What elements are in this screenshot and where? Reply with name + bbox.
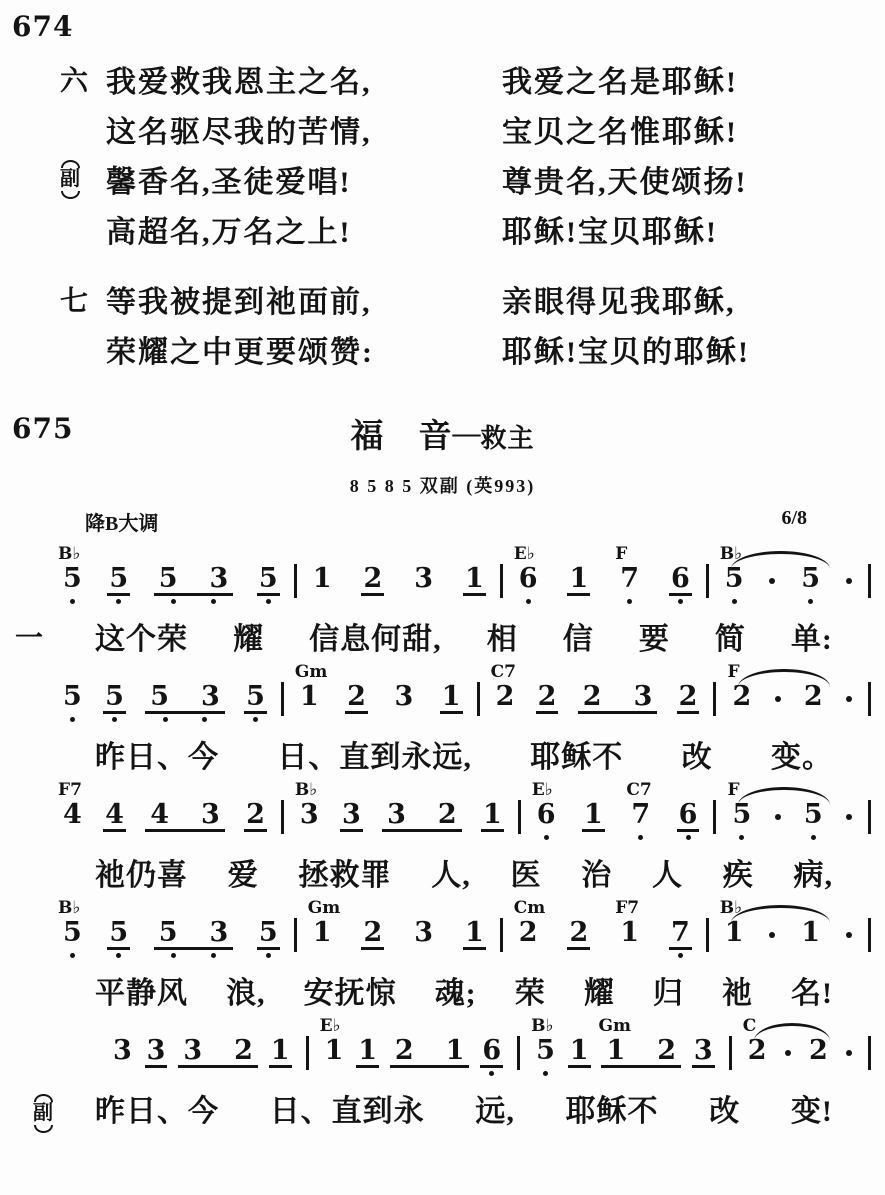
note-octave-dot-slot	[567, 950, 590, 960]
chord-label: B♭	[295, 782, 317, 799]
note: 3	[392, 684, 415, 724]
note-digit: 2	[436, 802, 459, 828]
lyric-token: 疾	[723, 850, 754, 894]
barline	[281, 800, 284, 834]
augmentation-dot-icon	[775, 814, 781, 820]
lyric-token: 单:	[791, 614, 833, 658]
octave-dot-icon	[808, 599, 813, 604]
octave-dot-icon	[211, 953, 216, 958]
note-digit: 1	[323, 1038, 346, 1064]
barline	[706, 918, 709, 952]
measure: B♭51Gm123	[528, 1038, 721, 1078]
lyric-token: 耀	[584, 968, 615, 1012]
chord-label: C7	[491, 664, 516, 681]
verse-line-right: 耶稣!宝贝的耶稣!	[502, 327, 750, 371]
time-signature: 6/8	[781, 507, 807, 536]
chord-label: E♭	[320, 1018, 341, 1035]
octave-dot-icon	[678, 953, 683, 958]
music-systems: B♭555351231E♭61F76B♭55一这个荣耀信息何甜,相信要简单:55…	[0, 562, 885, 1126]
note-digit: 1	[298, 684, 321, 710]
barline	[868, 682, 871, 716]
barline	[500, 564, 503, 598]
barline	[517, 1036, 520, 1070]
note-digit: 5	[802, 802, 825, 828]
verse-marker: 副	[60, 160, 106, 199]
note-octave-dot-slot	[257, 596, 280, 606]
note-digit: 2	[517, 920, 540, 946]
lyric-token: 改	[709, 1086, 740, 1130]
note-octave-dot-slot	[494, 714, 517, 724]
note-octave-dot-slot	[723, 950, 746, 960]
note-digit: 2	[802, 684, 825, 710]
note: 2	[244, 802, 267, 842]
note-digit: 1	[604, 1038, 627, 1064]
measure: E♭61F76	[511, 566, 698, 606]
note: 4	[103, 802, 126, 842]
note: F7	[618, 566, 641, 606]
note-octave-dot-slot	[730, 832, 753, 842]
note-digit: 2	[655, 1038, 678, 1064]
chord-label: F7	[615, 900, 639, 917]
note-octave-dot-slot	[582, 832, 605, 842]
chorus-marker-label: 副	[60, 169, 80, 190]
note-digit: 2	[232, 1038, 255, 1064]
octave-dot-icon	[171, 953, 176, 958]
note-digit: 1	[356, 1038, 379, 1064]
hymn-title: 福 音—救主	[0, 410, 885, 457]
note-digit: 2	[345, 684, 368, 710]
note: Gm1	[298, 684, 321, 724]
staff-row: B♭55535Gm1231Cm22F717B♭11	[0, 916, 885, 960]
beam-digits: 21	[390, 1038, 470, 1064]
octave-dot-icon	[266, 953, 271, 958]
measure: F744432	[55, 802, 273, 842]
lyric-token: 人,	[431, 850, 471, 894]
lyric-token: 这个荣	[95, 614, 188, 658]
verse-line-left: 这名驱尽我的苦情,	[106, 107, 502, 151]
note-octave-dot-slot	[568, 1068, 591, 1078]
note-octave-dot-slot	[669, 596, 692, 606]
verse-marker: 七	[60, 279, 106, 319]
note-octave-dot-slot	[412, 596, 435, 606]
beam-digits: 23	[578, 684, 658, 710]
lyric-token: 日、直到永远,	[277, 732, 472, 776]
chord-label: B♭	[531, 1018, 553, 1035]
chord-label: F	[615, 546, 627, 563]
lyric-row: 副昨日、今日、直到永远,耶稣不改变!	[95, 1086, 833, 1126]
lyric-token: 祂仍喜	[95, 850, 188, 894]
octave-dot-icon	[116, 953, 121, 958]
note-octave-dot-slot	[799, 596, 822, 606]
chord-label: B♭	[58, 546, 80, 563]
note-digit: 5	[799, 566, 822, 592]
verse-list: 六我爱救我恩主之名,我爱之名是耶稣!这名驱尽我的苦情,宝贝之名惟耶稣!副馨香名,…	[0, 0, 885, 374]
chord-label: B♭	[58, 900, 80, 917]
augmentation-dot-icon	[769, 578, 775, 584]
verse-line-left: 高超名,万名之上!	[106, 207, 502, 251]
verse-line-right: 耶稣!宝贝耶稣!	[502, 207, 718, 251]
lyric-token: 日、直到永	[270, 1086, 425, 1130]
note: 5	[257, 566, 280, 606]
note: B♭5	[61, 566, 84, 606]
note-octave-dot-slot	[535, 832, 558, 842]
note-digit: 5	[103, 684, 126, 710]
note-digit: 1	[463, 920, 486, 946]
lyric-token: 人	[652, 850, 683, 894]
note: 1	[481, 802, 504, 842]
measure: F22	[724, 684, 860, 724]
note-digit: 5	[107, 920, 130, 946]
augmentation-dot-icon	[769, 932, 775, 938]
lyric-token: 信	[563, 614, 594, 658]
note-octave-dot-slot	[746, 1068, 769, 1078]
lyric-token: 昨日、今	[95, 732, 219, 776]
note: 3	[692, 1038, 715, 1078]
staff-row: 33321E♭11216B♭51Gm123C22	[0, 1034, 885, 1078]
measure: B♭11	[717, 920, 860, 960]
note-octave-dot-slot	[61, 950, 84, 960]
measure: 33321	[105, 1038, 298, 1078]
note-digit: 1	[311, 566, 334, 592]
augmentation-dot-icon	[775, 696, 781, 702]
note-digit: 3	[385, 802, 408, 828]
octave-dot-icon	[489, 1071, 494, 1076]
verse-line-right: 宝贝之名惟耶稣!	[502, 107, 738, 151]
lyric-token: 魂;	[435, 968, 477, 1012]
lyric-token: 平静风	[95, 968, 188, 1012]
octave-dot-icon	[70, 599, 75, 604]
note-octave-dot-slot	[244, 714, 267, 724]
note-digit: 3	[208, 566, 231, 592]
note-digit: 2	[494, 684, 517, 710]
verse-row: 六我爱救我恩主之名,我爱之名是耶稣!	[0, 54, 885, 104]
chorus-marker-slot: 副	[33, 1078, 53, 1133]
note-octave-dot-slot	[807, 1068, 830, 1078]
verse-row: 这名驱尽我的苦情,宝贝之名惟耶稣!	[0, 104, 885, 154]
note-octave-dot-slot	[669, 950, 692, 960]
octave-dot-icon	[70, 953, 75, 958]
note-octave-dot-slot	[103, 714, 126, 724]
note-octave-dot-slot	[692, 1068, 715, 1078]
note: 6	[677, 802, 700, 842]
chord-label: C7	[626, 782, 651, 799]
note-digit: 5	[61, 920, 84, 946]
note-digit: 2	[581, 684, 604, 710]
octave-dot-icon	[211, 599, 216, 604]
music-system: F744432B♭33321E♭61C776F55祂仍喜爱拯救罪人,医治人疾病,	[0, 798, 885, 890]
lyric-token: 浪,	[226, 968, 266, 1012]
note-digit: 5	[730, 802, 753, 828]
beam-octave-dots	[145, 832, 225, 842]
barline	[868, 918, 871, 952]
beam-octave-dots	[145, 714, 225, 724]
octave-dot-icon	[678, 599, 683, 604]
octave-dot-icon	[202, 717, 207, 722]
hymn-675-header: 675 福 音—救主 8 5 8 5 双副 (英993) 降B大调 6/8	[0, 410, 885, 536]
note: C2	[746, 1038, 769, 1078]
note: E♭6	[535, 802, 558, 842]
hymn-title-subject: 救主	[480, 424, 534, 453]
note-octave-dot-slot	[723, 596, 746, 606]
note-digit: 1	[481, 802, 504, 828]
lyric-token: 耀	[233, 614, 264, 658]
note-octave-dot-slot	[618, 596, 641, 606]
lyric-token: 变。	[771, 732, 833, 776]
note-octave-dot-slot	[145, 1068, 168, 1078]
note-digit: 5	[534, 1038, 557, 1064]
music-system: B♭555351231E♭61F76B♭55一这个荣耀信息何甜,相信要简单:	[0, 562, 885, 654]
beam-digits: 53	[154, 566, 234, 592]
beamed-note-group: 43	[145, 802, 225, 842]
music-system: B♭55535Gm1231Cm22F717B♭11平静风浪,安抚惊魂;荣耀归祂名…	[0, 916, 885, 1008]
note: Gm1	[311, 920, 334, 960]
beamed-note-group: 32	[382, 802, 462, 842]
beam-octave-dots	[382, 832, 462, 842]
note-octave-dot-slot	[412, 950, 435, 960]
verse-row: 副馨香名,圣徒爱唱!尊贵名,天使颂扬!	[0, 154, 885, 204]
chord-label: Cm	[514, 900, 546, 917]
note-octave-dot-slot	[392, 714, 415, 724]
note-digit: 5	[107, 566, 130, 592]
note-digit: 3	[208, 920, 231, 946]
note: C77	[629, 802, 652, 842]
beamed-note-group: 32	[178, 1038, 258, 1078]
octave-dot-icon	[163, 717, 168, 722]
note-octave-dot-slot	[481, 832, 504, 842]
chorus-marker: 副	[33, 1094, 53, 1133]
note-digit: 5	[257, 566, 280, 592]
chord-label: B♭	[720, 900, 742, 917]
note-octave-dot-slot	[463, 950, 486, 960]
note-octave-dot-slot	[61, 832, 84, 842]
note-digit: 5	[257, 920, 280, 946]
augmentation-dot-icon	[846, 932, 852, 938]
augmentation-dot-icon	[785, 1050, 791, 1056]
note: B♭5	[61, 920, 84, 960]
note-octave-dot-slot	[536, 714, 559, 724]
note: F71	[618, 920, 641, 960]
note: 1	[311, 566, 334, 606]
note-digit: 1	[723, 920, 746, 946]
note: 1	[463, 920, 486, 960]
note-digit: 5	[157, 566, 180, 592]
beam-digits: 32	[382, 802, 462, 828]
note-digit: 7	[669, 920, 692, 946]
note-digit: 6	[517, 566, 540, 592]
measure: E♭61C776	[529, 802, 706, 842]
note-octave-dot-slot	[298, 832, 321, 842]
lyric-token: 耶稣不	[566, 1086, 659, 1130]
note-digit: 5	[61, 566, 84, 592]
octave-dot-icon	[739, 835, 744, 840]
verse-line-right: 亲眼得见我耶稣,	[502, 277, 736, 321]
note: 1	[463, 566, 486, 606]
note: 5	[107, 920, 130, 960]
beam-digits: 12	[601, 1038, 681, 1064]
lyric-row: 平静风浪,安抚惊魂;荣耀归祂名!	[95, 968, 833, 1008]
note-digit: 5	[723, 566, 746, 592]
note: B♭1	[723, 920, 746, 960]
lyric-token: 医	[511, 850, 542, 894]
note-octave-dot-slot	[517, 596, 540, 606]
note-digit: 1	[582, 802, 605, 828]
note-octave-dot-slot	[463, 596, 486, 606]
note: 1	[568, 1038, 591, 1078]
note-digit: 1	[444, 1038, 467, 1064]
note-digit: 6	[677, 802, 700, 828]
chord-label: C	[743, 1018, 757, 1035]
note-octave-dot-slot	[107, 950, 130, 960]
note: E♭1	[323, 1038, 346, 1078]
note: 3	[412, 920, 435, 960]
note: 3	[412, 566, 435, 606]
lyric-token: 荣	[515, 968, 546, 1012]
bracket-close-icon	[34, 1125, 53, 1133]
key-time-row: 降B大调 6/8	[85, 507, 807, 536]
lyric-token: 归	[653, 968, 684, 1012]
note-octave-dot-slot	[567, 596, 590, 606]
chord-label: F	[727, 664, 739, 681]
measure: C722232	[488, 684, 706, 724]
note: B♭3	[298, 802, 321, 842]
lyric-token: 祂	[722, 968, 753, 1012]
lyric-token: 昨日、今	[95, 1086, 219, 1130]
note: 2	[361, 566, 384, 606]
note: 6	[480, 1038, 503, 1078]
note-octave-dot-slot	[244, 832, 267, 842]
measure: E♭11216	[317, 1038, 510, 1078]
verse-row: 荣耀之中更要颂赞:耶稣!宝贝的耶稣!	[0, 324, 885, 374]
note-digit: 3	[632, 684, 655, 710]
lyric-token: 名!	[791, 968, 833, 1012]
note-octave-dot-slot	[61, 596, 84, 606]
note-octave-dot-slot	[618, 950, 641, 960]
note-octave-dot-slot	[257, 950, 280, 960]
barline	[294, 564, 297, 598]
note: 5	[61, 684, 84, 724]
verse-line-left: 荣耀之中更要颂赞:	[106, 327, 502, 371]
note-octave-dot-slot	[111, 1068, 134, 1078]
octave-dot-icon	[811, 835, 816, 840]
note-digit: 4	[148, 802, 171, 828]
octave-dot-icon	[544, 835, 549, 840]
note-octave-dot-slot	[534, 1068, 557, 1078]
chord-label: E♭	[532, 782, 553, 799]
chord-label: Gm	[308, 900, 341, 917]
note-digit: 1	[269, 1038, 292, 1064]
note-octave-dot-slot	[269, 1068, 292, 1078]
chord-label: Gm	[295, 664, 328, 681]
measure: 1231	[305, 566, 492, 606]
augmentation-dot-icon	[846, 1050, 852, 1056]
note-digit: 2	[393, 1038, 416, 1064]
note-octave-dot-slot	[340, 832, 363, 842]
verse-row: 高超名,万名之上!耶稣!宝贝耶稣!	[0, 204, 885, 254]
octave-dot-icon	[627, 599, 632, 604]
hymn-meter: 8 5 8 5 双副 (英993)	[0, 472, 885, 498]
note: 5	[244, 684, 267, 724]
verse-marker: 六	[60, 59, 106, 99]
music-system: 33321E♭11216B♭51Gm123C22副昨日、今日、直到永远,耶稣不改…	[0, 1034, 885, 1126]
note-octave-dot-slot	[440, 714, 463, 724]
octave-dot-icon	[526, 599, 531, 604]
chorus-marker-label: 副	[33, 1103, 53, 1124]
note: 2	[361, 920, 384, 960]
measure: B♭33321	[292, 802, 510, 842]
note: 2	[807, 1038, 830, 1078]
barline	[294, 918, 297, 952]
lyric-token: 变!	[791, 1086, 833, 1130]
augmentation-dot-icon	[846, 814, 852, 820]
octave-dot-icon	[638, 835, 643, 840]
note-digit: 2	[536, 684, 559, 710]
barline	[713, 682, 716, 716]
note: F5	[730, 802, 753, 842]
note: 3	[340, 802, 363, 842]
note: 2	[345, 684, 368, 724]
note-digit: 1	[568, 1038, 591, 1064]
hymn-number-674: 674	[12, 10, 73, 43]
note: 2	[802, 684, 825, 724]
note: 6	[669, 566, 692, 606]
bracket-open-icon	[61, 160, 80, 168]
beamed-note-group: 53	[154, 920, 234, 960]
beam-octave-dots	[154, 596, 234, 606]
barline	[868, 564, 871, 598]
beam-digits: 32	[178, 1038, 258, 1064]
augmentation-dot-icon	[846, 696, 852, 702]
barline	[706, 564, 709, 598]
lyric-token: 要	[639, 614, 670, 658]
note: F2	[730, 684, 753, 724]
note: 7	[669, 920, 692, 960]
note-digit: 1	[311, 920, 334, 946]
note-digit: 3	[145, 1038, 168, 1064]
note-digit: 3	[412, 920, 435, 946]
note-octave-dot-slot	[480, 1068, 503, 1078]
lyric-row: 一这个荣耀信息何甜,相信要简单:	[95, 614, 833, 654]
measure: Gm1231	[305, 920, 492, 960]
octave-dot-icon	[543, 1071, 548, 1076]
hymn-title-dash: —	[452, 418, 480, 449]
note-digit: 3	[199, 802, 222, 828]
chorus-marker: 副	[60, 160, 80, 199]
note-octave-dot-slot	[802, 832, 825, 842]
note-octave-dot-slot	[311, 950, 334, 960]
beam-octave-dots	[178, 1068, 258, 1078]
note: 2	[536, 684, 559, 724]
verse-line-left: 等我被提到祂面前,	[106, 277, 502, 321]
note-digit: 4	[61, 802, 84, 828]
music-system: 55535Gm1231C722232F22昨日、今日、直到永远,耶稣不改变。	[0, 680, 885, 772]
beamed-note-group: 53	[145, 684, 225, 724]
beam-octave-dots	[154, 950, 234, 960]
lyric-token: 相	[487, 614, 518, 658]
lyric-token: 爱	[228, 850, 259, 894]
chord-label: F	[727, 782, 739, 799]
octave-dot-icon	[266, 599, 271, 604]
barline	[729, 1036, 732, 1070]
note: 1	[799, 920, 822, 960]
note: 2	[677, 684, 700, 724]
note-octave-dot-slot	[356, 1068, 379, 1078]
hymnal-page: 674 六我爱救我恩主之名,我爱之名是耶稣!这名驱尽我的苦情,宝贝之名惟耶稣!副…	[0, 0, 885, 1195]
note: F74	[61, 802, 84, 842]
note-octave-dot-slot	[361, 596, 384, 606]
barline	[868, 800, 871, 834]
note-digit: 2	[361, 566, 384, 592]
beamed-note-group: 21	[390, 1038, 470, 1078]
